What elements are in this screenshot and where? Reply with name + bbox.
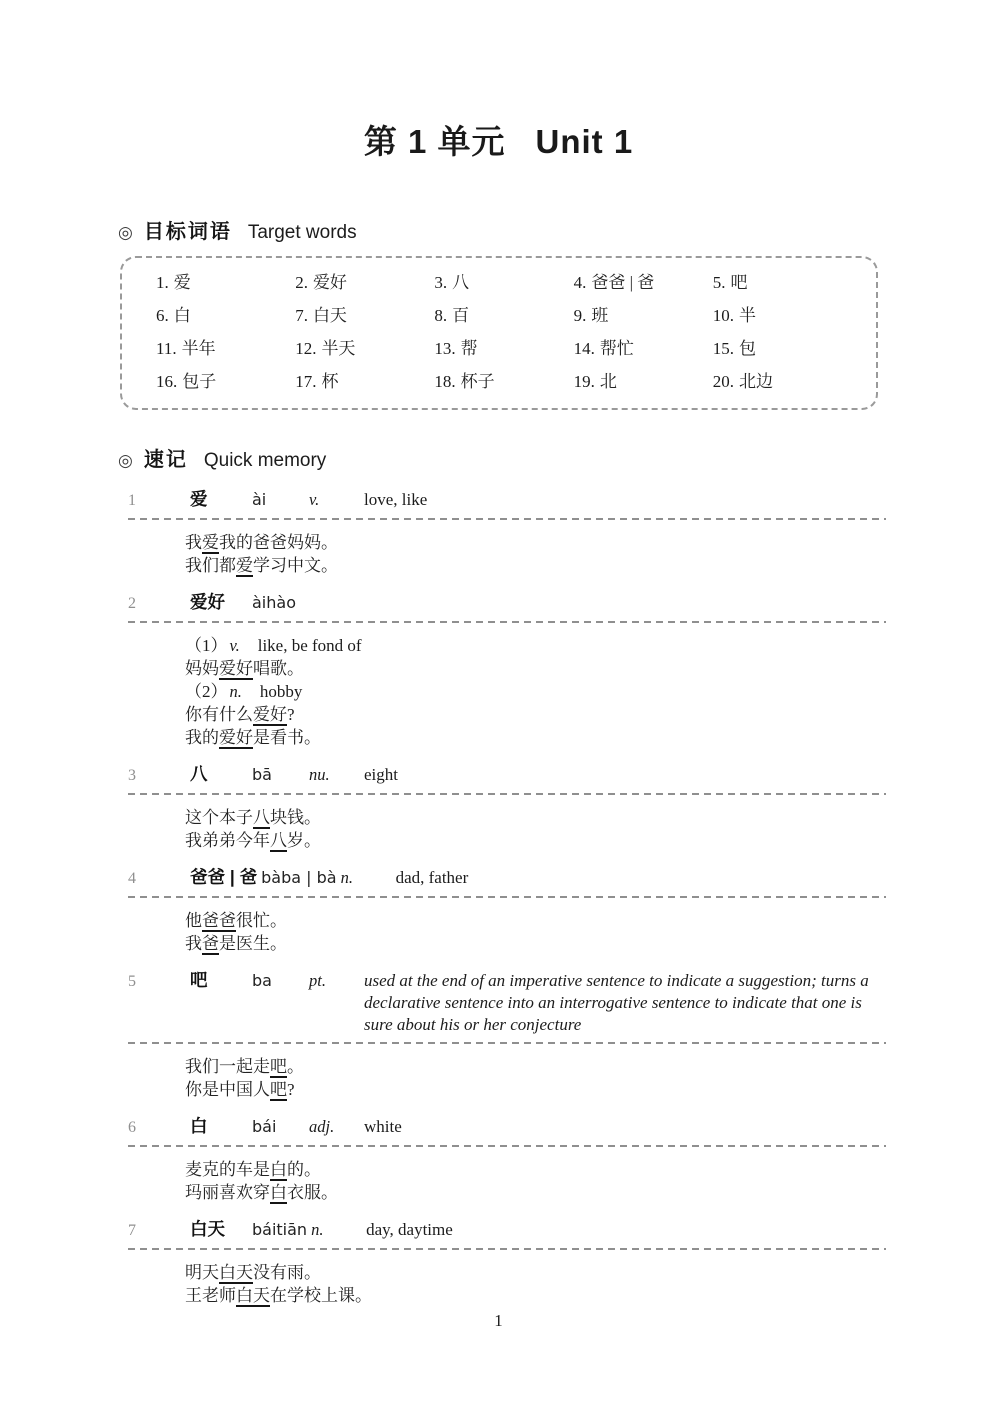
entry-1: 1 爱 ài v. love, like 我爱我的爸爸妈妈。 我们都爱学习中文。: [128, 488, 886, 577]
target-word-19: 19.北: [574, 365, 713, 398]
underlined-word: 爸: [202, 934, 219, 955]
target-word-14: 14.帮忙: [574, 332, 713, 365]
example-sentence: 我们一起走吧。: [185, 1055, 886, 1078]
example-list: 他爸爸很忙。 我爸是医生。: [185, 909, 886, 955]
underlined-word: 爱: [236, 556, 253, 577]
target-word-18: 18.杯子: [434, 365, 573, 398]
target-word-2: 2.爱好: [295, 266, 434, 299]
headword: 吧: [190, 969, 248, 991]
underlined-word: 白天: [219, 1263, 253, 1284]
entry-number: 5: [128, 971, 190, 993]
part-of-speech: nu.: [309, 764, 359, 786]
pinyin: bái: [252, 1116, 305, 1138]
dashed-divider: [128, 1248, 886, 1250]
entry-3: 3 八 bā nu. eight 这个本子八块钱。 我弟弟今年八岁。: [128, 763, 886, 852]
page-title: 第 1 单元Unit 1: [0, 116, 997, 163]
example-sentence: 你有什么爱好?: [185, 703, 886, 726]
meaning: used at the end of an imperative sentenc…: [364, 970, 886, 1036]
target-word-13: 13.帮: [434, 332, 573, 365]
textbook-page: 第 1 单元Unit 1 ◎ 目标词语 Target words 1.爱 2.爱…: [0, 0, 997, 1401]
quick-memory-heading-zh: 速记: [144, 443, 188, 472]
entry-6: 6 白 bái adj. white 麦克的车是白的。 玛丽喜欢穿白衣服。: [128, 1115, 886, 1204]
headword: 白天: [190, 1218, 248, 1240]
pinyin: ba: [252, 970, 305, 992]
example-list: 明天白天没有雨。 王老师白天在学校上课。: [185, 1261, 886, 1307]
meaning: love, like: [364, 489, 886, 511]
example-list: 我爱我的爸爸妈妈。 我们都爱学习中文。: [185, 531, 886, 577]
pinyin: ài: [252, 489, 305, 511]
example-list: 麦克的车是白的。 玛丽喜欢穿白衣服。: [185, 1158, 886, 1204]
entry-header: 4 爸爸 | 爸 bàba | bà n. dad, father: [128, 866, 886, 890]
part-of-speech: n.: [311, 1219, 361, 1241]
entry-number: 7: [128, 1220, 190, 1242]
part-of-speech: v.: [230, 634, 240, 657]
underlined-word: 爱好: [219, 728, 253, 749]
sense-1: （1） v. like, be fond of: [185, 634, 886, 657]
bullseye-icon: ◎: [118, 223, 133, 243]
example-sentence: 王老师白天在学校上课。: [185, 1284, 886, 1307]
entry-number: 3: [128, 765, 190, 787]
underlined-word: 八: [253, 808, 270, 829]
meaning: hobby: [260, 680, 303, 703]
underlined-word: 爱: [202, 533, 219, 554]
entry-number: 6: [128, 1117, 190, 1139]
example-sentence: 我弟弟今年八岁。: [185, 829, 886, 852]
target-word-15: 15.包: [713, 332, 852, 365]
meaning: dad, father: [396, 867, 886, 889]
entry-header: 5 吧 ba pt. used at the end of an imperat…: [128, 969, 886, 1036]
meaning: day, daytime: [366, 1219, 886, 1241]
entry-2: 2 爱好 àihào （1） v. like, be fond of 妈妈爱好唱…: [128, 591, 886, 749]
dashed-divider: [128, 793, 886, 795]
headword: 八: [190, 763, 248, 785]
underlined-word: 爸爸: [202, 911, 236, 932]
sense-label: （2）: [185, 680, 228, 703]
entry-number: 2: [128, 593, 190, 615]
meaning: eight: [364, 764, 886, 786]
example-list: 我们一起走吧。 你是中国人吧?: [185, 1055, 886, 1101]
pinyin: bā: [252, 764, 305, 786]
underlined-word: 吧: [270, 1080, 287, 1101]
target-word-7: 7.白天: [295, 299, 434, 332]
page-title-en: Unit 1: [536, 123, 634, 160]
target-word-11: 11.半年: [156, 332, 295, 365]
example-sentence: 我爸是医生。: [185, 932, 886, 955]
entry-header: 7 白天 báitiān n. day, daytime: [128, 1218, 886, 1242]
target-words-heading-en: Target words: [248, 222, 357, 244]
quick-memory-heading: ◎ 速记 Quick memory: [118, 443, 997, 472]
target-words-heading: ◎ 目标词语 Target words: [118, 215, 997, 244]
target-word-16: 16.包子: [156, 365, 295, 398]
underlined-word: 白: [270, 1183, 287, 1204]
target-word-9: 9.班: [574, 299, 713, 332]
entry-number: 4: [128, 868, 190, 890]
dashed-divider: [128, 1145, 886, 1147]
example-sentence: 玛丽喜欢穿白衣服。: [185, 1181, 886, 1204]
underlined-word: 爱好: [253, 705, 287, 726]
target-word-20: 20.北边: [713, 365, 852, 398]
underlined-word: 白: [270, 1160, 287, 1181]
bullseye-icon: ◎: [118, 451, 133, 471]
example-sentence: 我爱我的爸爸妈妈。: [185, 531, 886, 554]
entry-header: 2 爱好 àihào: [128, 591, 886, 615]
pinyin: bàba | bà: [261, 867, 336, 889]
headword: 爱: [190, 488, 248, 510]
example-list: 这个本子八块钱。 我弟弟今年八岁。: [185, 806, 886, 852]
entry-number: 1: [128, 490, 190, 512]
part-of-speech: v.: [309, 489, 359, 511]
entry-4: 4 爸爸 | 爸 bàba | bà n. dad, father 他爸爸很忙。…: [128, 866, 886, 955]
part-of-speech: n.: [341, 867, 391, 889]
target-words-box: 1.爱 2.爱好 3.八 4.爸爸 | 爸 5.吧 6.白 7.白天 8.百 9…: [120, 256, 878, 410]
target-word-5: 5.吧: [713, 266, 852, 299]
dashed-divider: [128, 1042, 886, 1044]
target-word-12: 12.半天: [295, 332, 434, 365]
part-of-speech: adj.: [309, 1116, 359, 1138]
example-sentence: 他爸爸很忙。: [185, 909, 886, 932]
target-word-4: 4.爸爸 | 爸: [574, 266, 713, 299]
entry-header: 6 白 bái adj. white: [128, 1115, 886, 1139]
page-number: 1: [0, 1311, 997, 1331]
pinyin: àihào: [252, 592, 305, 614]
pinyin: báitiān: [252, 1219, 307, 1241]
target-word-17: 17.杯: [295, 365, 434, 398]
dashed-divider: [128, 518, 886, 520]
example-list: 你有什么爱好? 我的爱好是看书。: [185, 703, 886, 749]
quick-memory-entries: 1 爱 ài v. love, like 我爱我的爸爸妈妈。 我们都爱学习中文。…: [128, 488, 886, 1307]
example-sentence: 我的爱好是看书。: [185, 726, 886, 749]
target-word-3: 3.八: [434, 266, 573, 299]
entry-header: 1 爱 ài v. love, like: [128, 488, 886, 512]
headword: 白: [190, 1115, 248, 1137]
target-word-10: 10.半: [713, 299, 852, 332]
page-title-zh: 第 1 单元: [364, 123, 506, 160]
example-sentence: 明天白天没有雨。: [185, 1261, 886, 1284]
example-sentence: 妈妈爱好唱歌。: [185, 657, 886, 680]
meaning: like, be fond of: [258, 634, 362, 657]
sense-2: （2） n. hobby: [185, 680, 886, 703]
example-sentence: 你是中国人吧?: [185, 1078, 886, 1101]
example-sentence: 这个本子八块钱。: [185, 806, 886, 829]
target-word-1: 1.爱: [156, 266, 295, 299]
headword: 爸爸 | 爸: [190, 866, 257, 888]
part-of-speech: pt.: [309, 970, 359, 992]
entry-header: 3 八 bā nu. eight: [128, 763, 886, 787]
dashed-divider: [128, 896, 886, 898]
part-of-speech: n.: [230, 680, 242, 703]
sense-label: （1）: [185, 634, 228, 657]
example-sentence: 我们都爱学习中文。: [185, 554, 886, 577]
entry-5: 5 吧 ba pt. used at the end of an imperat…: [128, 969, 886, 1101]
underlined-word: 八: [270, 831, 287, 852]
underlined-word: 爱好: [219, 659, 253, 680]
example-list: 妈妈爱好唱歌。: [185, 657, 886, 680]
underlined-word: 白天: [236, 1286, 270, 1307]
dashed-divider: [128, 621, 886, 623]
quick-memory-heading-en: Quick memory: [204, 450, 326, 472]
meaning: white: [364, 1116, 886, 1138]
target-word-8: 8.百: [434, 299, 573, 332]
target-word-6: 6.白: [156, 299, 295, 332]
target-words-heading-zh: 目标词语: [144, 215, 232, 244]
headword: 爱好: [190, 591, 248, 613]
example-sentence: 麦克的车是白的。: [185, 1158, 886, 1181]
entry-7: 7 白天 báitiān n. day, daytime 明天白天没有雨。 王老…: [128, 1218, 886, 1307]
underlined-word: 吧: [270, 1057, 287, 1078]
